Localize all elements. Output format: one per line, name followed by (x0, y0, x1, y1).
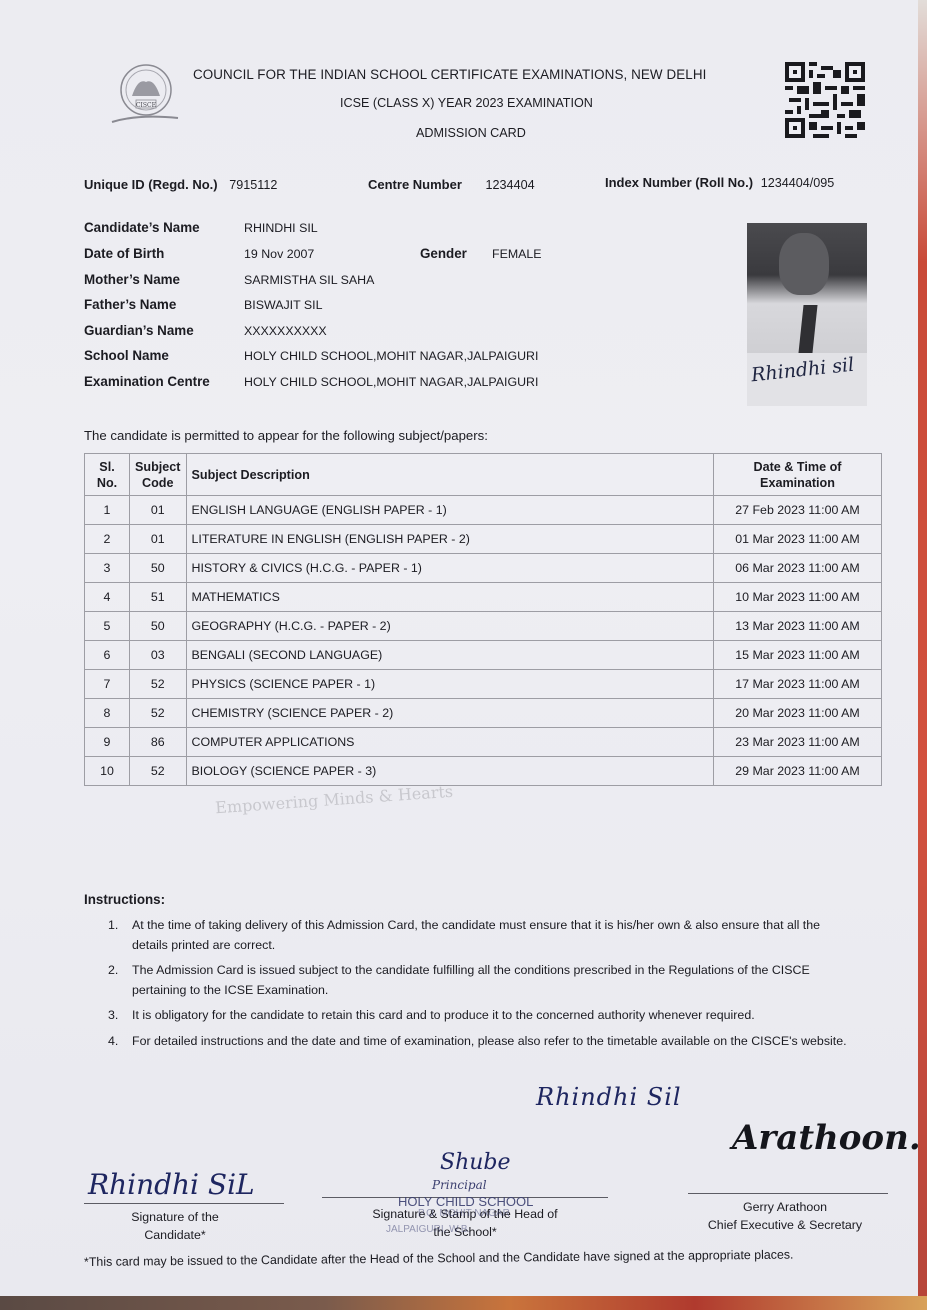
unique-id-field: Unique ID (Regd. No.) 7915112 (84, 177, 277, 192)
table-row: 1052BIOLOGY (SCIENCE PAPER - 3)29 Mar 20… (85, 757, 882, 786)
svg-text:CISCE: CISCE (136, 102, 156, 109)
cell-date: 17 Mar 2023 11:00 AM (714, 670, 882, 699)
cell-code: 52 (130, 757, 187, 786)
guardian-name-value: XXXXXXXXXX (244, 324, 327, 338)
table-row: 350HISTORY & CIVICS (H.C.G. - PAPER - 1)… (85, 554, 882, 583)
exam-centre-label: Examination Centre (84, 374, 210, 389)
secretary-name: Gerry Arathoon (690, 1198, 880, 1216)
father-name-value: BISWAJIT SIL (244, 298, 323, 312)
cisce-emblem-icon: CISCE (108, 62, 184, 128)
admission-card: CISCE COUNCIL FOR THE INDIAN SCHOOL CERT… (0, 0, 918, 1296)
table-row: 852CHEMISTRY (SCIENCE PAPER - 2)20 Mar 2… (85, 699, 882, 728)
header-sl: Sl. No. (85, 454, 130, 496)
caption-line: Candidate* (90, 1226, 260, 1244)
cell-code: 52 (130, 699, 187, 728)
candidate-photo: Rhindhi sil (747, 223, 867, 406)
candidate-name-label: Candidate’s Name (84, 220, 200, 235)
gender-value: FEMALE (492, 247, 542, 261)
cell-code: 03 (130, 641, 187, 670)
cell-sl: 10 (85, 757, 130, 786)
table-row: 752PHYSICS (SCIENCE PAPER - 1)17 Mar 202… (85, 670, 882, 699)
dob-value: 19 Nov 2007 (244, 247, 314, 261)
instruction-item: 2. The Admission Card is issued subject … (108, 960, 858, 1000)
caption-line: Signature of the (90, 1208, 260, 1226)
cell-code: 52 (130, 670, 187, 699)
secretary-title: Chief Executive & Secretary (690, 1216, 880, 1234)
instruction-text: For detailed instructions and the date a… (132, 1031, 858, 1051)
table-row: 603BENGALI (SECOND LANGUAGE)15 Mar 2023 … (85, 641, 882, 670)
secretary-signature: Arathoon. (732, 1118, 918, 1158)
cell-desc: PHYSICS (SCIENCE PAPER - 1) (186, 670, 714, 699)
cell-desc: CHEMISTRY (SCIENCE PAPER - 2) (186, 699, 714, 728)
cell-sl: 2 (85, 525, 130, 554)
instruction-number: 2. (108, 960, 118, 980)
instruction-text: It is obligatory for the candidate to re… (132, 1005, 858, 1025)
instruction-number: 3. (108, 1005, 118, 1025)
exam-centre-value: HOLY CHILD SCHOOL,MOHIT NAGAR,JALPAIGURI (244, 375, 538, 389)
unique-id-value: 7915112 (229, 178, 277, 192)
instructions-heading: Instructions: (84, 892, 165, 907)
photo-signature: Rhindhi sil (750, 354, 855, 387)
cell-sl: 8 (85, 699, 130, 728)
candidate-name-value: RHINDHI SIL (244, 221, 318, 235)
card-title: ADMISSION CARD (416, 126, 526, 140)
centre-number-field: Centre Number 1234404 (368, 177, 535, 192)
cell-code: 50 (130, 554, 187, 583)
table-row: 201LITERATURE IN ENGLISH (ENGLISH PAPER … (85, 525, 882, 554)
face-shape (779, 233, 829, 295)
index-number-value: 1234404/095 (761, 176, 835, 190)
header-date: Date & Time of Examination (714, 454, 882, 496)
school-name-label: School Name (84, 348, 169, 363)
cell-code: 01 (130, 496, 187, 525)
cell-code: 86 (130, 728, 187, 757)
candidate-signature: Rhindhi SiL (88, 1168, 255, 1201)
cell-date: 20 Mar 2023 11:00 AM (714, 699, 882, 728)
index-number-field: Index Number (Roll No.) 1234404/095 (605, 175, 834, 190)
instruction-item: 3. It is obligatory for the candidate to… (108, 1005, 858, 1025)
cell-sl: 6 (85, 641, 130, 670)
cell-code: 50 (130, 612, 187, 641)
cell-desc: GEOGRAPHY (H.C.G. - PAPER - 2) (186, 612, 714, 641)
cell-sl: 1 (85, 496, 130, 525)
cell-date: 15 Mar 2023 11:00 AM (714, 641, 882, 670)
cell-desc: COMPUTER APPLICATIONS (186, 728, 714, 757)
instruction-item: 4. For detailed instructions and the dat… (108, 1031, 858, 1051)
cell-date: 10 Mar 2023 11:00 AM (714, 583, 882, 612)
candidate-signature-caption: Signature of the Candidate* (90, 1208, 260, 1244)
cell-sl: 9 (85, 728, 130, 757)
cell-desc: ENGLISH LANGUAGE (ENGLISH PAPER - 1) (186, 496, 714, 525)
cell-sl: 5 (85, 612, 130, 641)
unique-id-label: Unique ID (Regd. No.) (84, 177, 218, 192)
cell-code: 01 (130, 525, 187, 554)
secretary-caption: Gerry Arathoon Chief Executive & Secreta… (690, 1198, 880, 1234)
table-header-row: Sl. No. Subject Code Subject Description… (85, 454, 882, 496)
cell-sl: 7 (85, 670, 130, 699)
candidate-signature-line (84, 1203, 284, 1204)
cell-desc: MATHEMATICS (186, 583, 714, 612)
table-row: 451MATHEMATICS10 Mar 2023 11:00 AM (85, 583, 882, 612)
principal-signature: Shube (440, 1150, 511, 1175)
header-code: Subject Code (130, 454, 187, 496)
mother-name-value: SARMISTHA SIL SAHA (244, 273, 374, 287)
qr-code-icon (785, 62, 865, 138)
cell-date: 06 Mar 2023 11:00 AM (714, 554, 882, 583)
table-row: 101ENGLISH LANGUAGE (ENGLISH PAPER - 1)2… (85, 496, 882, 525)
instruction-number: 1. (108, 915, 118, 935)
cell-sl: 4 (85, 583, 130, 612)
instruction-number: 4. (108, 1031, 118, 1051)
photo-image (747, 223, 867, 353)
principal-title: Principal (432, 1178, 487, 1192)
school-stamp-line-3: JALPAIGURI, W.B. (386, 1224, 470, 1235)
cell-date: 13 Mar 2023 11:00 AM (714, 612, 882, 641)
index-number-label: Index Number (Roll No.) (605, 175, 753, 190)
dob-label: Date of Birth (84, 246, 164, 261)
mother-name-label: Mother’s Name (84, 272, 180, 287)
instruction-item: 1. At the time of taking delivery of thi… (108, 915, 858, 955)
background-edge-right (918, 0, 927, 1310)
council-title: COUNCIL FOR THE INDIAN SCHOOL CERTIFICAT… (193, 67, 763, 82)
instruction-text: At the time of taking delivery of this A… (132, 915, 858, 955)
centre-number-label: Centre Number (368, 177, 462, 192)
tie-shape (798, 305, 817, 353)
cell-date: 23 Mar 2023 11:00 AM (714, 728, 882, 757)
cell-date: 29 Mar 2023 11:00 AM (714, 757, 882, 786)
secretary-signature-line (688, 1193, 888, 1194)
header-desc: Subject Description (186, 454, 714, 496)
centre-number-value: 1234404 (486, 178, 535, 192)
exam-title: ICSE (CLASS X) YEAR 2023 EXAMINATION (340, 96, 593, 110)
footer-note: *This card may be issued to the Candidat… (84, 1248, 794, 1269)
school-name-value: HOLY CHILD SCHOOL,MOHIT NAGAR,JALPAIGURI (244, 349, 538, 363)
table-row: 550GEOGRAPHY (H.C.G. - PAPER - 2)13 Mar … (85, 612, 882, 641)
school-stamp-line-2: P.O. MOHIT NAGAR (418, 1208, 510, 1219)
cell-desc: HISTORY & CIVICS (H.C.G. - PAPER - 1) (186, 554, 714, 583)
instruction-text: The Admission Card is issued subject to … (132, 960, 858, 1000)
handwritten-name: Rhindhi Sil (536, 1083, 682, 1111)
background-edge-bottom (0, 1296, 927, 1310)
cell-date: 27 Feb 2023 11:00 AM (714, 496, 882, 525)
subjects-table: Sl. No. Subject Code Subject Description… (84, 453, 882, 786)
gender-label: Gender (420, 246, 467, 261)
permit-text: The candidate is permitted to appear for… (84, 428, 488, 443)
cell-date: 01 Mar 2023 11:00 AM (714, 525, 882, 554)
cell-sl: 3 (85, 554, 130, 583)
guardian-name-label: Guardian’s Name (84, 323, 194, 338)
table-row: 986COMPUTER APPLICATIONS23 Mar 2023 11:0… (85, 728, 882, 757)
cell-desc: LITERATURE IN ENGLISH (ENGLISH PAPER - 2… (186, 525, 714, 554)
cell-desc: BENGALI (SECOND LANGUAGE) (186, 641, 714, 670)
watermark-text: Empowering Minds & Hearts (215, 782, 454, 818)
cell-code: 51 (130, 583, 187, 612)
father-name-label: Father’s Name (84, 297, 176, 312)
